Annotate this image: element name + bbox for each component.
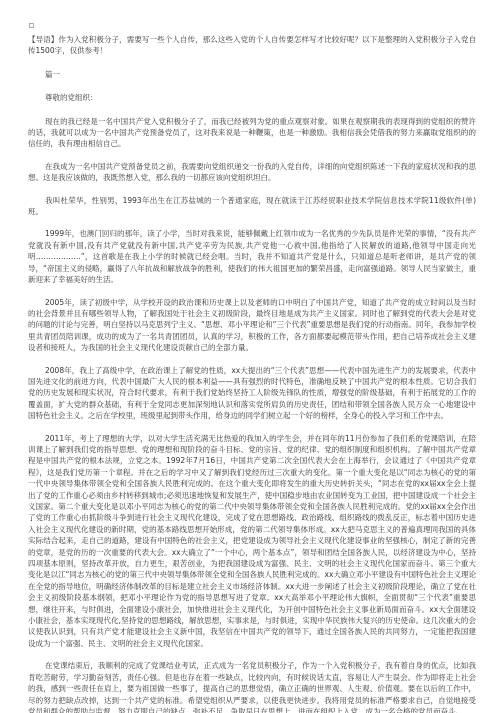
placeholder-box-icon xyxy=(29,23,34,28)
salutation: 尊敬的党组织： xyxy=(28,92,476,103)
paragraph: 现在的我已经是一名中国共产党入党积极分子了，而我已经被列为党的重点观察对象。如果… xyxy=(28,116,476,150)
paragraph: 在我成为一名中国共产党预备党员之前，我需要向党组织递交一份我的入党自传，详细的向… xyxy=(28,161,476,184)
intro-text: 【导语】作为入党积极分子，需要写一些个人自传，那么这些入党的个人自传要怎样写才比… xyxy=(28,34,476,57)
paragraph: 我叫杜荣华，性别男，1993年出生在江苏盐城的一个普通家庭，现在就读于江苏经贸职… xyxy=(28,195,476,218)
paragraph: 2011年，考上了理想的大学，以对大学生活充满无比热爱的我加入的学生会，并在同年… xyxy=(28,433,476,650)
section-title: 篇一 xyxy=(28,69,476,80)
paragraph: 在党课结束后，我顺利的完成了党课结业考试，正式成为一名党员积极分子，作为一个入党… xyxy=(28,660,476,713)
paragraph: 2008年，我上了高级中学，在政治课上了解党的性质，xx大提出的“三个代表”思想… xyxy=(28,365,476,422)
document-page: 【导语】作为入党积极分子，需要写一些个人自传，那么这些入党的个人自传要怎样写才比… xyxy=(0,0,504,713)
paragraph: 2005年，读了初级中学，从学校开设的政治课和历史课上以及老师的口中明白了中国共… xyxy=(28,297,476,354)
paragraph: 1999年，也澳门回归的那年，读了小学，当时对我来说，能够佩戴上红领巾成为一名优… xyxy=(28,228,476,285)
